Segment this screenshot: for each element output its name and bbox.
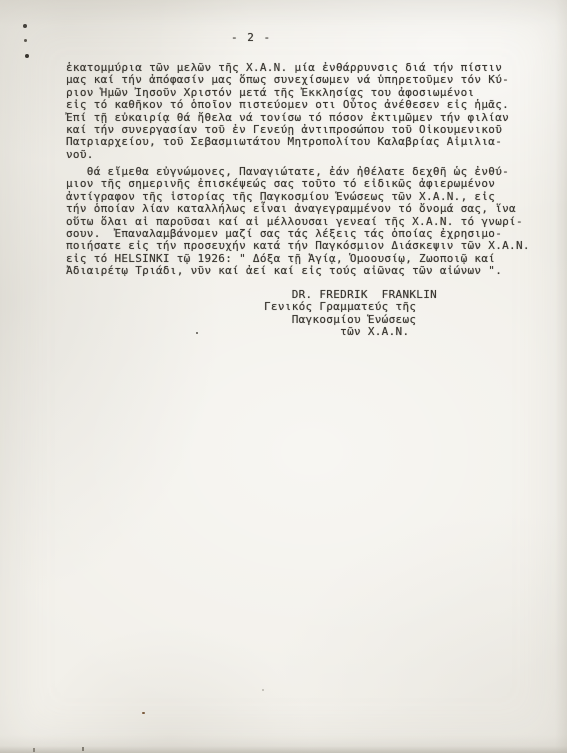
- text-line: νοῦ.: [66, 149, 509, 161]
- paper-speck: [142, 712, 145, 714]
- text-line: τήν ὁποίαν λίαν καταλλήλως εἶναι ἀναγεγρ…: [66, 203, 530, 215]
- scanned-letter-page: - 2 - ἑκατομμύρια τῶν μελῶν τῆς Χ.Α.Ν. μ…: [0, 0, 567, 753]
- margin-mark: [25, 54, 29, 58]
- text-line: Πατριαρχείου, τοῦ Σεβασμιωτάτου Μητροπολ…: [66, 136, 509, 148]
- paragraph-2: θά εἴμεθα εὐγνώμονες, Παναγιώτατε, ἐάν ἠ…: [66, 166, 530, 278]
- page-number: - 2 -: [231, 31, 272, 44]
- margin-mark: [24, 39, 27, 42]
- text-line: ποιήσατε εἰς τήν προσευχήν κατά τήν Παγκ…: [66, 240, 530, 252]
- signature-org-abbrev: τῶν Χ.Α.Ν.: [264, 326, 437, 338]
- paper-speck: [262, 689, 264, 691]
- paper-speck: [33, 748, 35, 752]
- paper-speck: [196, 332, 198, 334]
- paper-speck: [82, 747, 84, 751]
- signature-title: Γενικός Γραμματεύς τῆς: [264, 301, 437, 313]
- text-line: Ἀδιαιρέτῳ Τριάδι, νῦν καί ἀεί καί εἰς το…: [66, 265, 530, 277]
- margin-mark: [23, 24, 27, 28]
- paragraph-1: ἑκατομμύρια τῶν μελῶν τῆς Χ.Α.Ν. μία ἐνθ…: [66, 62, 509, 161]
- text-line: μας καί τήν ἀπόφασίν μας ὅπως συνεχίσωμε…: [66, 74, 509, 86]
- signature-block: DR. FREDRIK FRANKLIN Γενικός Γραμματεύς …: [264, 289, 437, 339]
- text-line: εἰς τό καθῆκον τό ὁποῖον πιστεύομεν οτι …: [66, 99, 509, 111]
- text-line: μιον τῆς σημερινῆς ἐπισκέψεώς σας τοῦτο …: [66, 178, 530, 190]
